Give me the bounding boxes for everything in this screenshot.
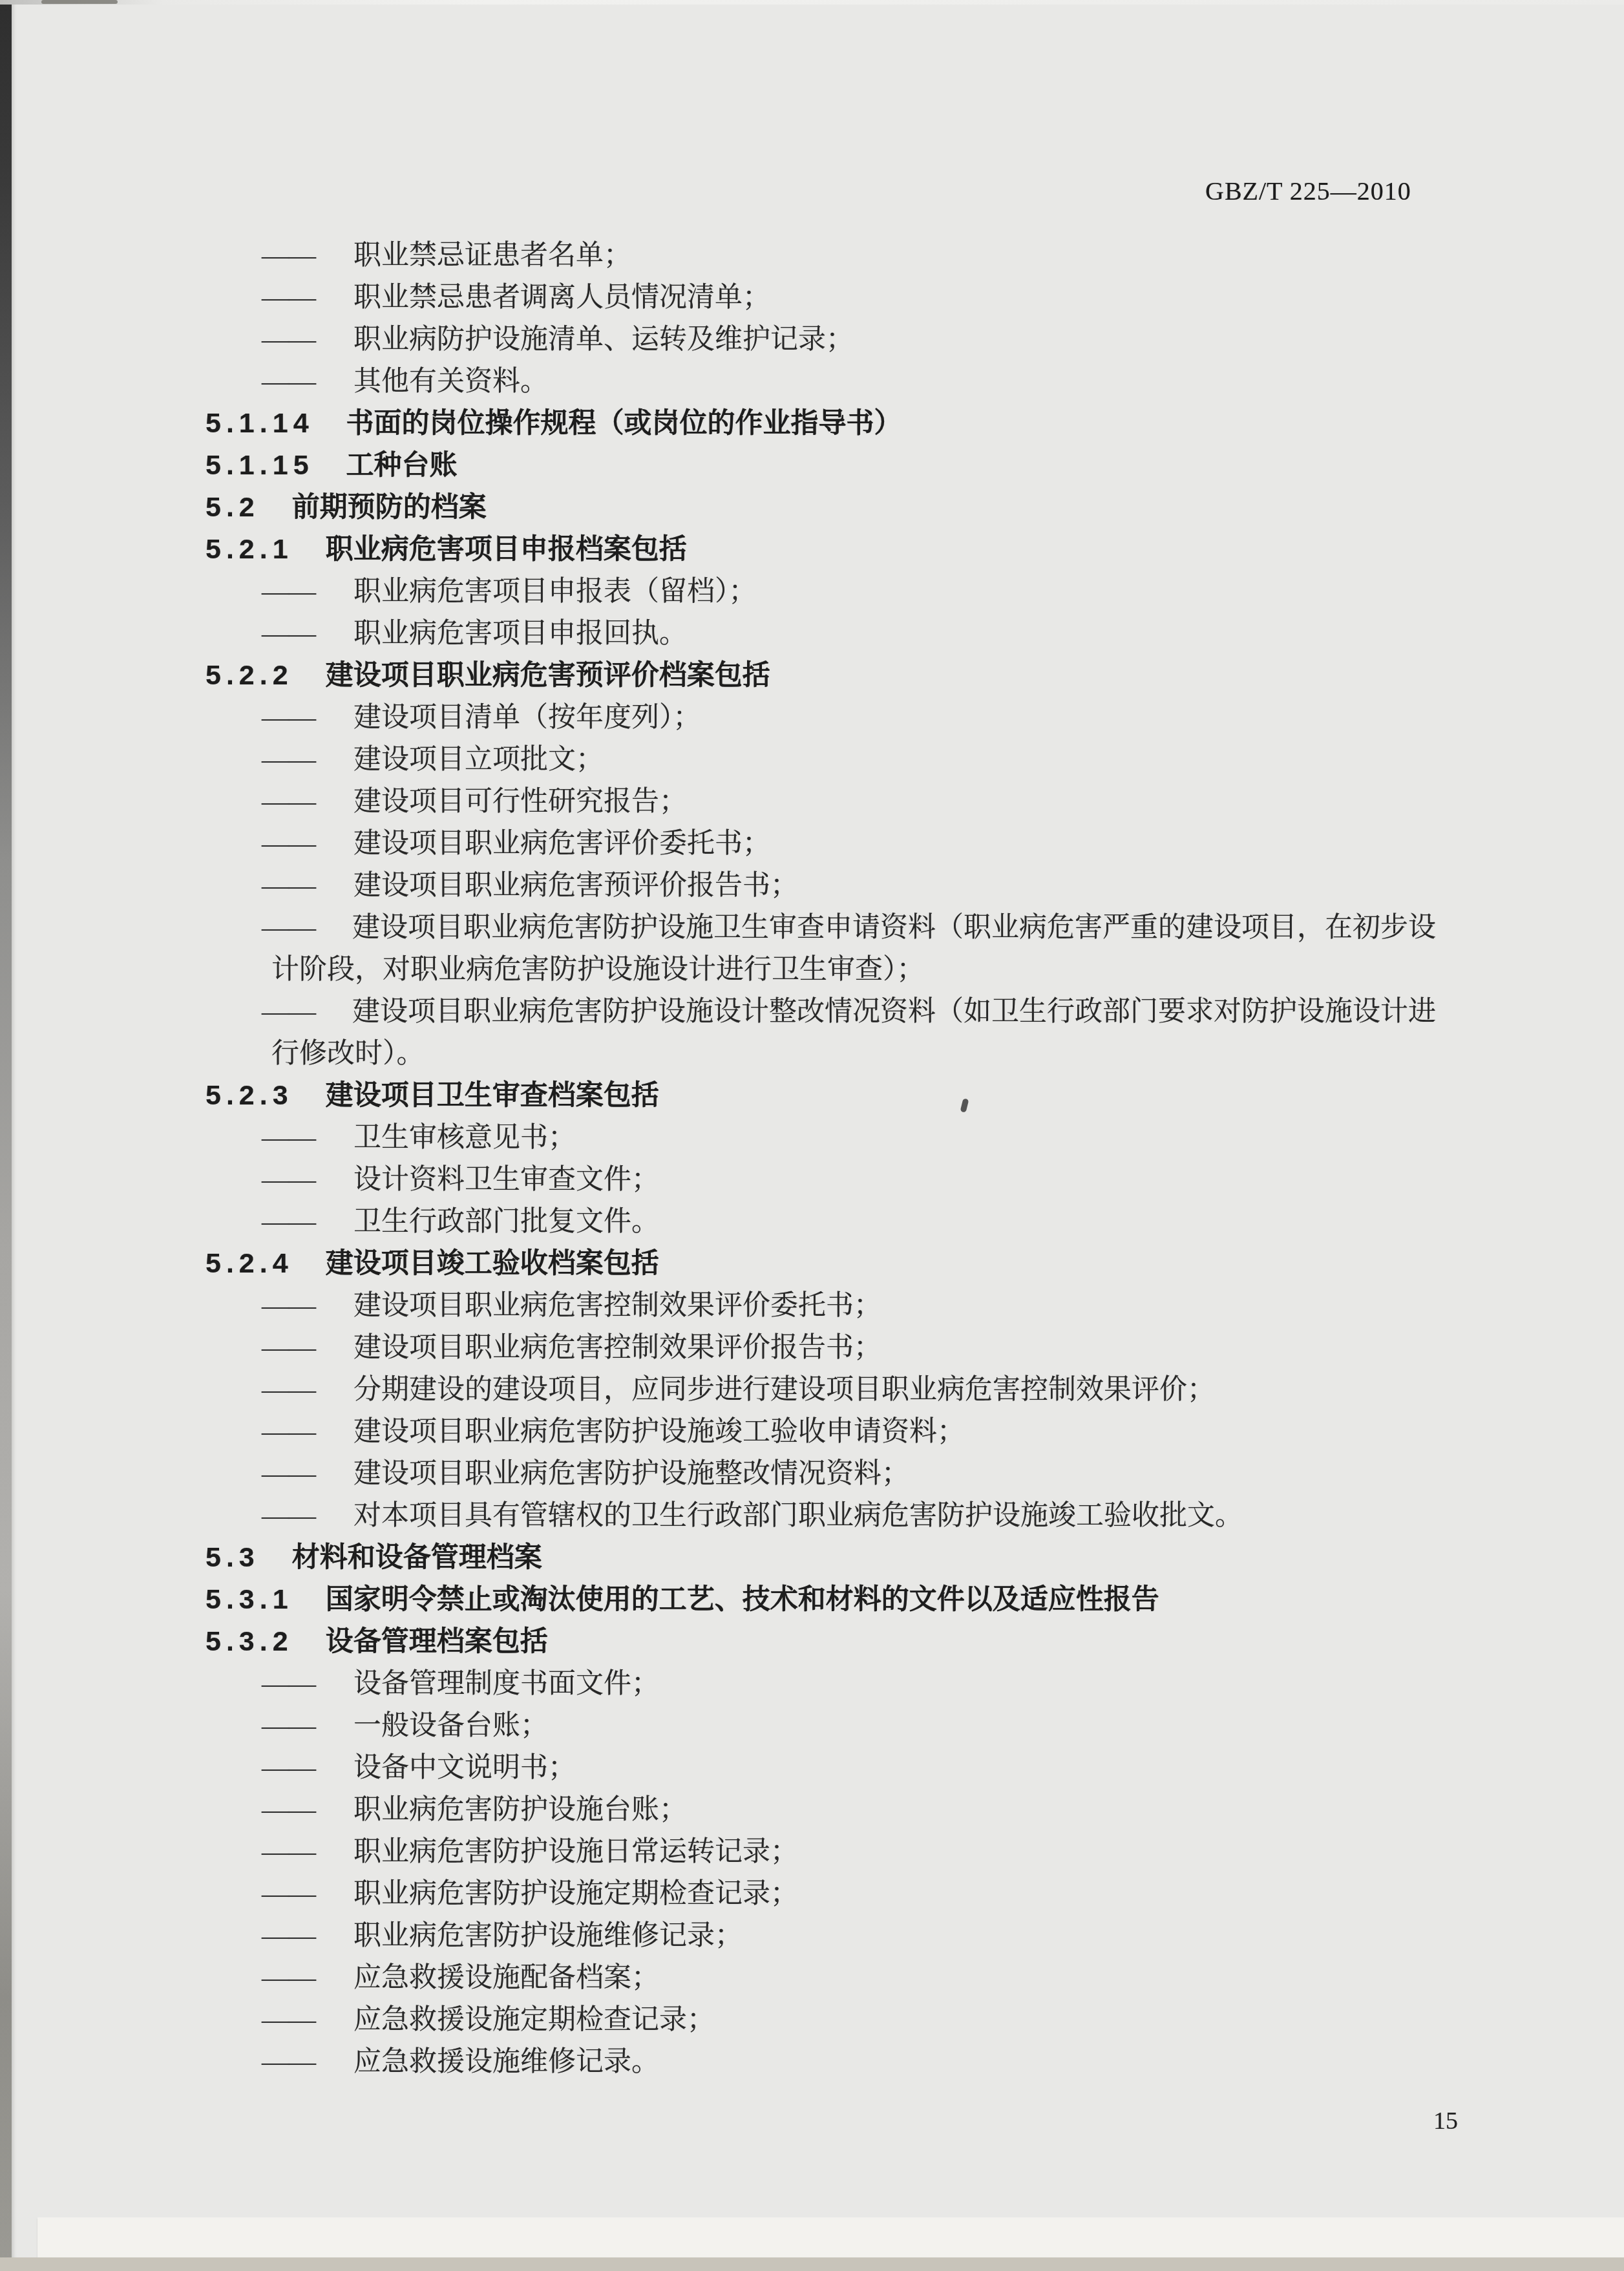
list-item-text: 分期建设的建设项目，应同步进行建设项目职业病危害控制效果评价； <box>353 1375 1215 1405</box>
dash-bullet-icon: —— <box>262 1165 315 1195</box>
section-heading: 5.3.2设备管理档案包括 <box>0 1621 1624 1663</box>
list-item-text-line1: 建设项目职业病危害防护设施设计整改情况资料（如卫生行政部门要求对防护设施设计进 <box>352 997 1436 1027</box>
list-item: ——建设项目职业病危害控制效果评价报告书； <box>0 1327 1624 1369</box>
list-item-text: 应急救援设施定期检查记录； <box>353 2005 715 2035</box>
list-item-text: 职业病危害项目申报回执。 <box>353 618 687 649</box>
dash-bullet-icon: —— <box>262 1711 315 1741</box>
dash-bullet-icon: —— <box>262 618 315 649</box>
list-item: ——应急救援设施定期检查记录； <box>0 1999 1624 2041</box>
list-item-text: 建设项目职业病危害防护设施卫生审查申请资料（职业病危害严重的建设项目，在初步设计… <box>271 907 1624 991</box>
list-item-wrapped: —— 建设项目职业病危害防护设施设计整改情况资料（如卫生行政部门要求对防护设施设… <box>0 991 1624 1075</box>
list-item-text: 对本项目具有管辖权的卫生行政部门职业病危害防护设施竣工验收批文。 <box>353 1501 1243 1531</box>
section-number: 5.2.2 <box>206 660 293 691</box>
list-item: ——职业病危害项目申报回执。 <box>0 613 1624 655</box>
dash-bullet-icon: —— <box>262 787 315 817</box>
dash-bullet-icon: —— <box>262 1795 315 1825</box>
dash-bullet-icon: —— <box>262 1207 315 1237</box>
section-title: 前期预防的档案 <box>292 492 487 523</box>
list-item-text: 建设项目职业病危害控制效果评价委托书； <box>353 1291 881 1321</box>
list-item: ——建设项目职业病危害防护设施整改情况资料； <box>0 1453 1624 1495</box>
dash-bullet-icon: —— <box>262 1459 315 1489</box>
dash-bullet-icon: —— <box>262 2047 315 2077</box>
list-item: ——应急救援设施配备档案； <box>0 1957 1624 1999</box>
section-title: 建设项目竣工验收档案包括 <box>326 1248 659 1279</box>
list-item: ——设备管理制度书面文件； <box>0 1663 1624 1705</box>
dash-bullet-icon: —— <box>262 240 315 271</box>
list-item-text: 设备中文说明书； <box>353 1753 576 1783</box>
dash-bullet-icon: —— <box>262 282 315 313</box>
list-item-text: 职业病危害防护设施维修记录； <box>353 1921 743 1951</box>
list-item-text: 设备管理制度书面文件； <box>353 1669 659 1699</box>
list-item-text: 职业禁忌证患者名单； <box>353 240 631 271</box>
section-title: 建设项目卫生审查档案包括 <box>326 1080 659 1111</box>
scanned-page: GBZ/T 225—2010 ——职业禁忌证患者名单； ——职业禁忌患者调离人员… <box>0 0 1624 2271</box>
list-item: ——建设项目职业病危害控制效果评价委托书； <box>0 1285 1624 1327</box>
section-heading: 5.2.2建设项目职业病危害预评价档案包括 <box>0 655 1624 697</box>
section-title: 职业病危害项目申报档案包括 <box>326 534 687 565</box>
section-title: 建设项目职业病危害预评价档案包括 <box>326 660 770 691</box>
dash-bullet-icon: —— <box>262 829 315 859</box>
dash-bullet-icon: —— <box>262 2005 315 2035</box>
page-bottom-edge <box>37 2217 1624 2257</box>
list-item: ——建设项目职业病危害防护设施竣工验收申请资料； <box>0 1411 1624 1453</box>
dash-bullet-icon: —— <box>262 324 315 355</box>
list-item-text: 建设项目可行性研究报告； <box>353 787 687 817</box>
list-item-text: 职业病危害防护设施定期检查记录； <box>353 1879 798 1909</box>
dash-bullet-icon: —— <box>262 1753 315 1783</box>
section-title: 设备管理档案包括 <box>326 1626 548 1657</box>
dash-bullet-icon: —— <box>262 1669 315 1699</box>
section-heading: 5.1.14书面的岗位操作规程（或岗位的作业指导书） <box>0 403 1624 445</box>
dash-bullet-icon: —— <box>262 576 315 607</box>
section-title: 书面的岗位操作规程（或岗位的作业指导书） <box>346 408 902 439</box>
section-heading: 5.2.3建设项目卫生审查档案包括 <box>0 1075 1624 1117</box>
list-item: ——职业禁忌患者调离人员情况清单； <box>0 277 1624 319</box>
list-item: ——建设项目职业病危害评价委托书； <box>0 823 1624 865</box>
list-item-text: 职业病危害防护设施日常运转记录； <box>353 1837 798 1867</box>
list-item: ——建设项目可行性研究报告； <box>0 781 1624 823</box>
list-item-text: 设计资料卫生审查文件； <box>353 1165 659 1195</box>
list-item: ——职业病危害防护设施维修记录； <box>0 1915 1624 1957</box>
list-item: ——对本项目具有管辖权的卫生行政部门职业病危害防护设施竣工验收批文。 <box>0 1495 1624 1537</box>
list-item-text: 建设项目职业病危害防护设施整改情况资料； <box>353 1459 909 1489</box>
list-item-text: 职业病防护设施清单、运转及维护记录； <box>353 324 854 355</box>
list-item: ——建设项目立项批文； <box>0 739 1624 781</box>
list-item-text: 建设项目职业病危害预评价报告书； <box>353 871 798 901</box>
dash-bullet-icon: —— <box>262 907 315 949</box>
list-item-text: 建设项目立项批文； <box>353 745 604 775</box>
list-item: ——职业病防护设施清单、运转及维护记录； <box>0 319 1624 361</box>
list-item-text: 一般设备台账； <box>353 1711 548 1741</box>
list-item-text: 建设项目职业病危害防护设施设计整改情况资料（如卫生行政部门要求对防护设施设计进行… <box>271 991 1624 1075</box>
dash-bullet-icon: —— <box>262 1963 315 1993</box>
list-item: ——设备中文说明书； <box>0 1747 1624 1789</box>
scanner-bed-strip <box>0 2257 1624 2271</box>
list-item: ——职业病危害防护设施台账； <box>0 1789 1624 1831</box>
dash-bullet-icon: —— <box>262 1375 315 1405</box>
list-item: ——分期建设的建设项目，应同步进行建设项目职业病危害控制效果评价； <box>0 1369 1624 1411</box>
list-item-text-line2: 计阶段，对职业病危害防护设施设计进行卫生审查）； <box>271 955 925 985</box>
list-item: ——职业病危害项目申报表（留档）； <box>0 571 1624 613</box>
section-number: 5.1.14 <box>206 408 314 439</box>
dash-bullet-icon: —— <box>262 745 315 775</box>
list-item-wrapped: —— 建设项目职业病危害防护设施卫生审查申请资料（职业病危害严重的建设项目，在初… <box>0 907 1624 991</box>
standard-number: GBZ/T 225—2010 <box>1205 176 1411 206</box>
page-number: 15 <box>1433 2107 1458 2135</box>
list-item-text: 职业病危害防护设施台账； <box>353 1795 687 1825</box>
section-number: 5.2.1 <box>206 534 293 565</box>
list-item-text: 其他有关资料。 <box>353 366 548 397</box>
section-number: 5.1.15 <box>206 450 314 481</box>
section-number: 5.2.4 <box>206 1248 293 1279</box>
section-heading: 5.3.1国家明令禁止或淘汰使用的工艺、技术和材料的文件以及适应性报告 <box>0 1579 1624 1621</box>
section-heading: 5.2.4建设项目竣工验收档案包括 <box>0 1243 1624 1285</box>
dash-bullet-icon: —— <box>262 1879 315 1909</box>
section-heading: 5.2前期预防的档案 <box>0 487 1624 529</box>
list-item: ——设计资料卫生审查文件； <box>0 1159 1624 1201</box>
dash-bullet-icon: —— <box>262 1921 315 1951</box>
list-item: ——卫生审核意见书； <box>0 1117 1624 1159</box>
dash-bullet-icon: —— <box>262 366 315 397</box>
section-number: 5.3.2 <box>206 1626 293 1657</box>
list-item-text: 建设项目清单（按年度列）； <box>353 702 701 733</box>
section-title: 材料和设备管理档案 <box>292 1542 542 1573</box>
section-number: 5.3 <box>206 1542 260 1573</box>
page-top-edge <box>0 0 1624 5</box>
dash-bullet-icon: —— <box>262 1123 315 1153</box>
list-item-text: 建设项目职业病危害防护设施竣工验收申请资料； <box>353 1417 965 1447</box>
page-top-edge-mark <box>41 0 118 4</box>
list-item: ——其他有关资料。 <box>0 361 1624 403</box>
list-item-text: 建设项目职业病危害评价委托书； <box>353 829 770 859</box>
list-item-text: 职业病危害项目申报表（留档）； <box>353 576 757 607</box>
list-item-text: 建设项目职业病危害控制效果评价报告书； <box>353 1333 881 1363</box>
list-item-text: 卫生审核意见书； <box>353 1123 576 1153</box>
list-item-text-line2: 行修改时）。 <box>271 1039 425 1069</box>
dash-bullet-icon: —— <box>262 702 315 733</box>
section-number: 5.3.1 <box>206 1584 293 1615</box>
list-item: ——一般设备台账； <box>0 1705 1624 1747</box>
dash-bullet-icon: —— <box>262 1501 315 1531</box>
list-item-text: 应急救援设施配备档案； <box>353 1963 659 1993</box>
section-heading: 5.3材料和设备管理档案 <box>0 1537 1624 1579</box>
dash-bullet-icon: —— <box>262 871 315 901</box>
list-item: ——职业禁忌证患者名单； <box>0 235 1624 277</box>
list-item: ——职业病危害防护设施定期检查记录； <box>0 1873 1624 1915</box>
section-heading: 5.1.15工种台账 <box>0 445 1624 487</box>
list-item: ——应急救援设施维修记录。 <box>0 2041 1624 2083</box>
list-item-text: 卫生行政部门批复文件。 <box>353 1207 659 1237</box>
dash-bullet-icon: —— <box>262 1837 315 1867</box>
list-item: ——建设项目清单（按年度列）； <box>0 697 1624 739</box>
dash-bullet-icon: —— <box>262 1417 315 1447</box>
list-item-text: 应急救援设施维修记录。 <box>353 2047 659 2077</box>
section-title: 国家明令禁止或淘汰使用的工艺、技术和材料的文件以及适应性报告 <box>326 1584 1159 1615</box>
list-item-text: 职业禁忌患者调离人员情况清单； <box>353 282 770 313</box>
section-heading: 5.2.1职业病危害项目申报档案包括 <box>0 529 1624 571</box>
dash-bullet-icon: —— <box>262 991 315 1033</box>
section-number: 5.2 <box>206 492 260 523</box>
document-body: ——职业禁忌证患者名单； ——职业禁忌患者调离人员情况清单； ——职业病防护设施… <box>0 235 1624 2083</box>
dash-bullet-icon: —— <box>262 1291 315 1321</box>
list-item-text-line1: 建设项目职业病危害防护设施卫生审查申请资料（职业病危害严重的建设项目，在初步设 <box>352 913 1436 943</box>
list-item: ——卫生行政部门批复文件。 <box>0 1201 1624 1243</box>
dash-bullet-icon: —— <box>262 1333 315 1363</box>
section-title: 工种台账 <box>346 450 458 481</box>
section-number: 5.2.3 <box>206 1080 293 1111</box>
list-item: ——职业病危害防护设施日常运转记录； <box>0 1831 1624 1873</box>
list-item: ——建设项目职业病危害预评价报告书； <box>0 865 1624 907</box>
